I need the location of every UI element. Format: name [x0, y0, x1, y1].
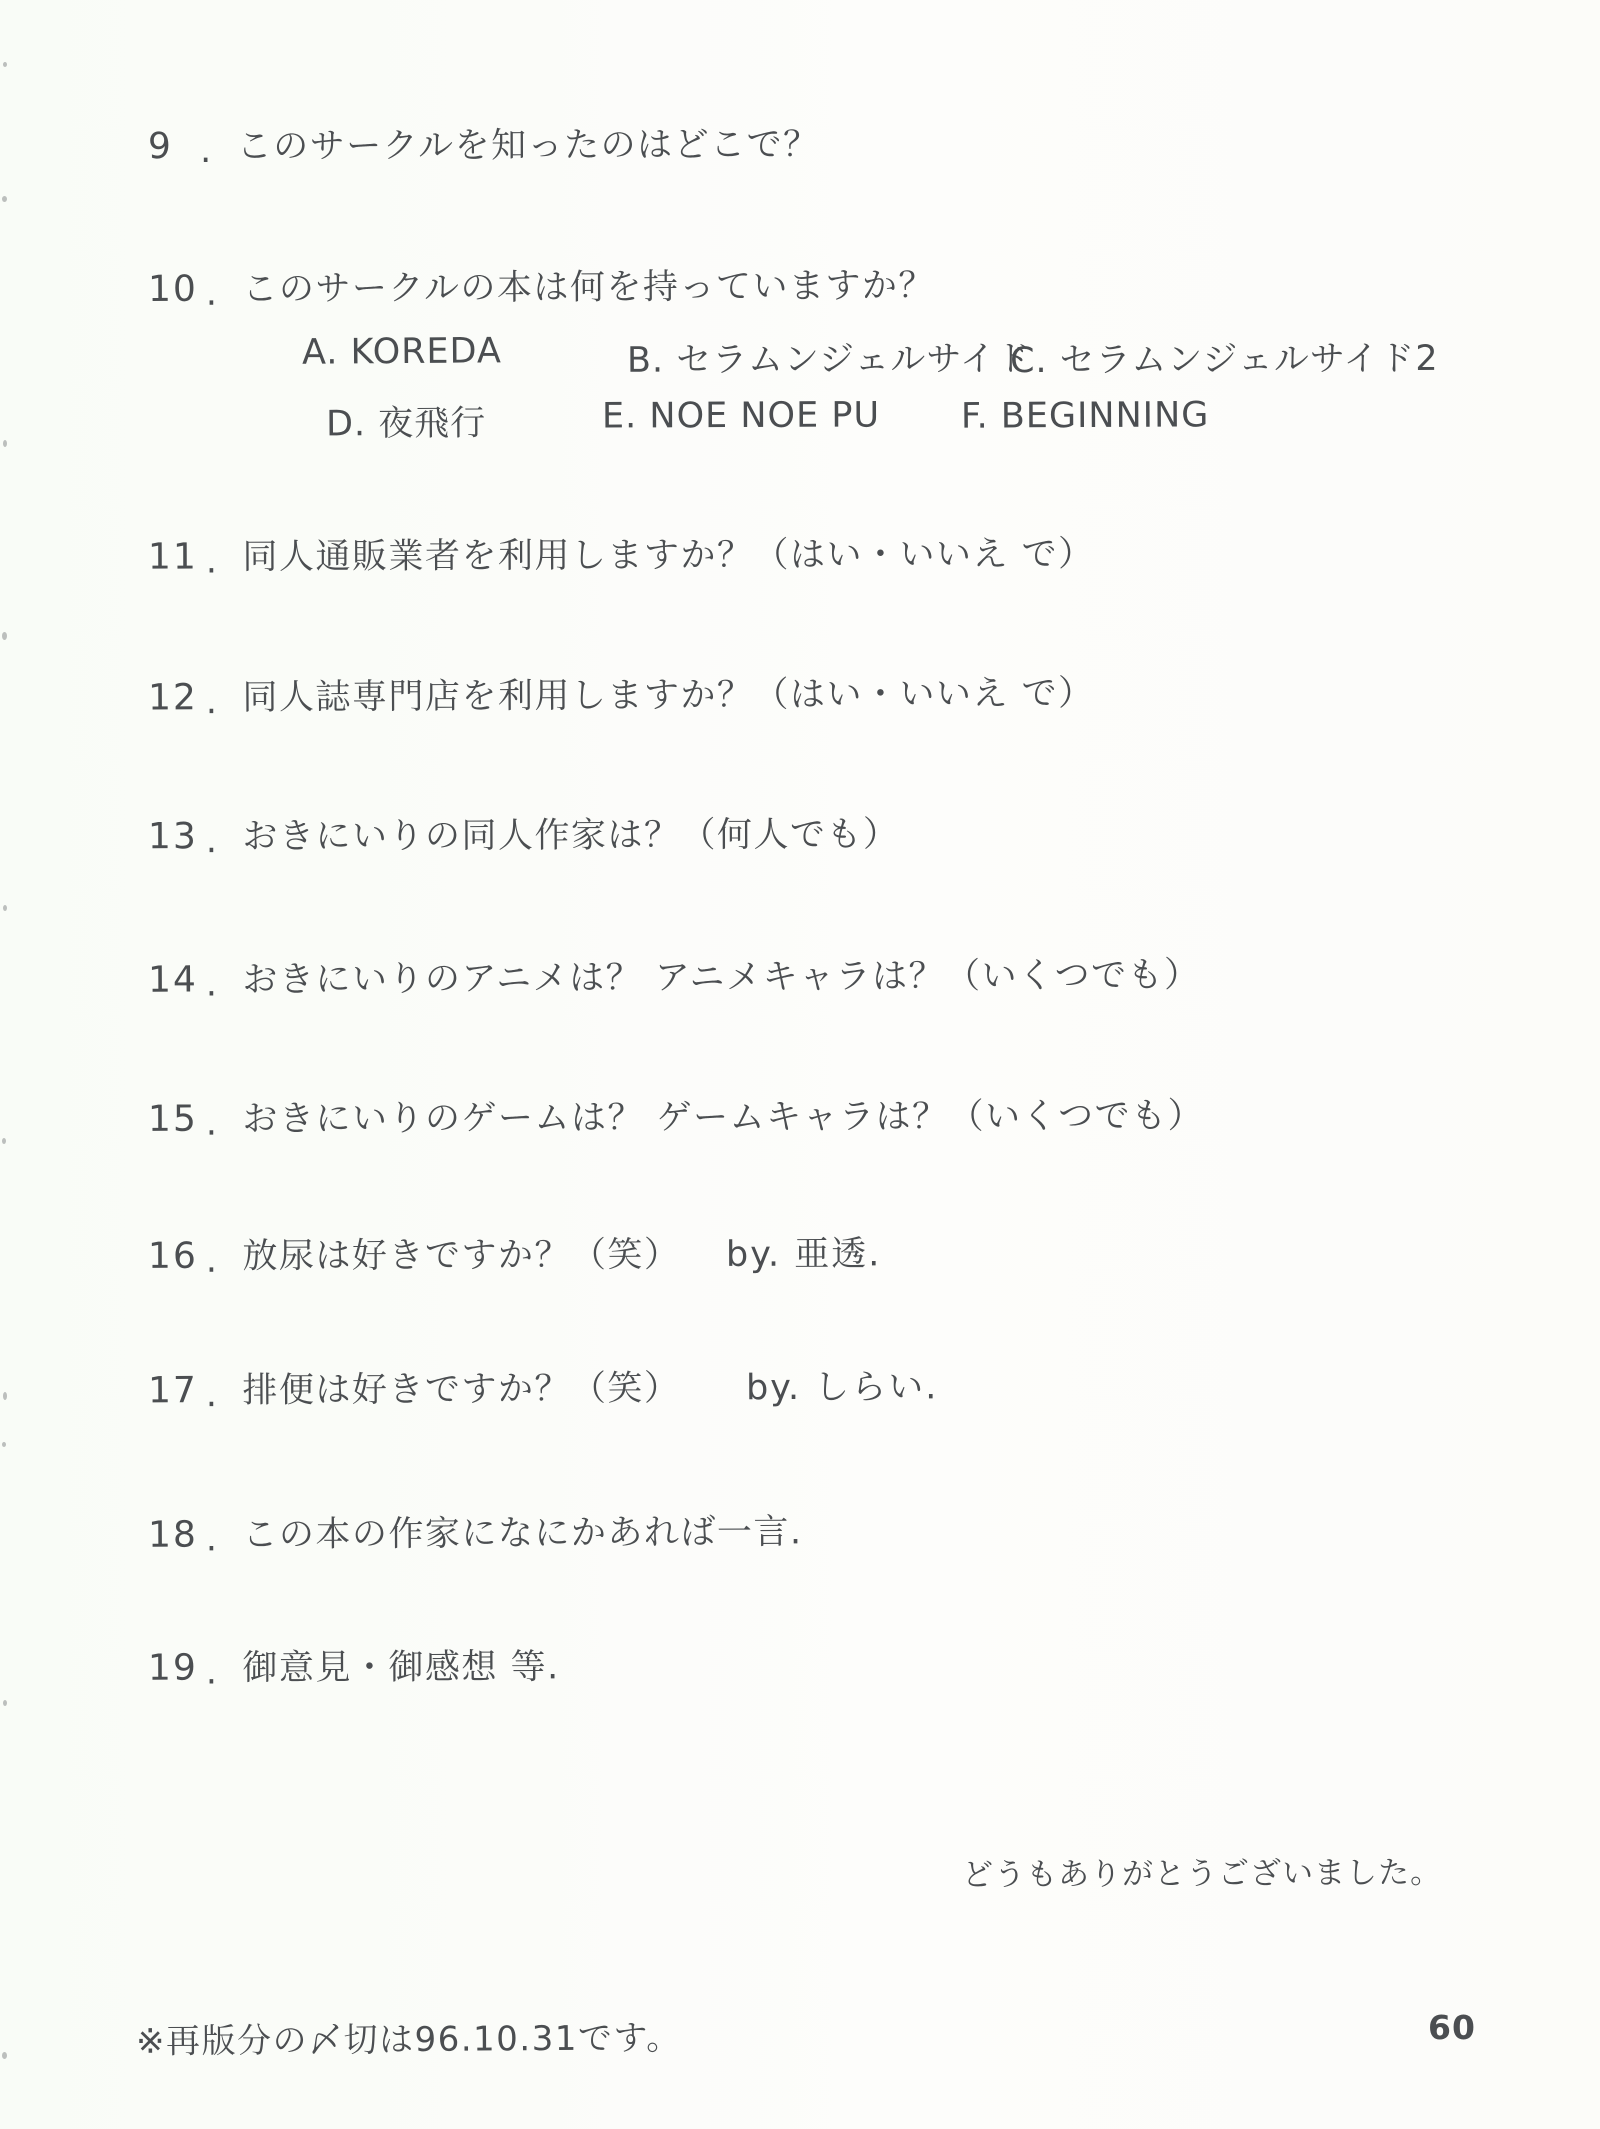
question-dot: . — [206, 821, 219, 861]
scan-speck — [2, 1442, 6, 1447]
question-number: 12 — [148, 677, 198, 718]
question-10: 10.このサークルの本は何を持っていますか？ — [148, 258, 935, 312]
question-text: 御意見・御感想 等. — [242, 1647, 559, 1688]
question-number: 15 — [148, 1099, 198, 1140]
scan-speck — [3, 62, 7, 67]
scanned-questionnaire-page: 9.このサークルを知ったのはどこで？ 10.このサークルの本は何を持っていますか… — [0, 0, 1600, 2129]
question-dot: . — [206, 541, 219, 581]
option-f: F. BEGINNING — [961, 395, 1210, 436]
question-number: 18 — [148, 1514, 198, 1555]
question-number: 14 — [148, 959, 198, 1000]
question-text: おきにいりのゲームは？ ゲームキャラは？（いくつでも） — [242, 1096, 1204, 1139]
by-credit: by. 亜透. — [726, 1226, 882, 1277]
question-dot: . — [206, 682, 219, 722]
question-text: 放尿は好きですか？（笑） — [242, 1235, 680, 1277]
question-dot: . — [200, 131, 213, 171]
option-b: B. セラムンジェルサイド — [627, 331, 1032, 382]
scan-speck — [3, 905, 7, 911]
question-text: 同人通販業者を利用しますか？（はい・いいえ で） — [242, 534, 1094, 577]
question-text: このサークルを知ったのはどこで？ — [237, 125, 820, 167]
question-dot: . — [206, 1652, 219, 1692]
question-text: おきにいりの同人作家は？（何人でも） — [242, 815, 899, 857]
thanks-note: どうもありがとうございました。 — [962, 1847, 1442, 1895]
scan-speck — [2, 632, 7, 640]
question-17: 17.排便は好きですか？（笑） by. しらい. — [148, 1361, 681, 1414]
question-16: 16.放尿は好きですか？（笑） by. 亜透. — [148, 1227, 681, 1279]
question-15: 15.おきにいりのゲームは？ ゲームキャラは？（いくつでも） — [148, 1088, 1204, 1142]
question-number: 16 — [148, 1236, 198, 1277]
question-text: おきにいりのアニメは？ アニメキャラは？（いくつでも） — [242, 955, 1200, 1000]
question-14: 14.おきにいりのアニメは？ アニメキャラは？（いくつでも） — [148, 947, 1201, 1003]
question-dot: . — [206, 1104, 219, 1144]
question-9: 9.このサークルを知ったのはどこで？ — [148, 117, 820, 169]
question-text: この本の作家になにかあれば一言. — [242, 1512, 802, 1555]
question-number: 17 — [148, 1370, 198, 1411]
question-number: 13 — [148, 816, 198, 857]
question-dot: . — [206, 1519, 219, 1559]
option-a: A. KOREDA — [302, 331, 502, 372]
page-number: 60 — [1428, 2008, 1476, 2047]
option-e: E. NOE NOE PU — [602, 396, 880, 437]
question-dot: . — [206, 274, 219, 314]
question-19: 19.御意見・御感想 等. — [148, 1639, 560, 1690]
question-text: 排便は好きですか？（笑） — [242, 1369, 680, 1411]
question-number: 19 — [148, 1648, 198, 1689]
question-number: 10 — [148, 269, 198, 310]
option-c: C. セラムンジェルサイド2 — [1010, 331, 1439, 383]
question-18: 18.この本の作家になにかあれば一言. — [148, 1504, 803, 1557]
question-11: 11.同人通販業者を利用しますか？（はい・いいえ で） — [148, 526, 1095, 579]
scan-speck — [2, 2052, 7, 2059]
question-number: 9 — [148, 126, 192, 167]
scan-speck — [3, 1392, 7, 1400]
scan-speck — [2, 196, 7, 202]
deadline-note: ※再版分の〆切は96.10.31です。 — [136, 2010, 682, 2063]
question-dot: . — [206, 964, 219, 1004]
scan-speck — [3, 1700, 7, 1706]
question-dot: . — [206, 1241, 219, 1281]
question-number: 11 — [148, 536, 198, 577]
question-12: 12.同人誌専門店を利用しますか？（はい・いいえ で） — [148, 666, 1095, 721]
question-dot: . — [206, 1375, 219, 1415]
scan-speck — [3, 440, 7, 447]
by-credit: by. しらい. — [746, 1359, 939, 1410]
question-text: 同人誌専門店を利用しますか？（はい・いいえ で） — [242, 674, 1094, 718]
scan-speck — [2, 1138, 6, 1144]
question-13: 13.おきにいりの同人作家は？（何人でも） — [148, 807, 900, 860]
question-text: このサークルの本は何を持っていますか？ — [242, 266, 935, 310]
option-d: D. 夜飛行 — [326, 396, 486, 447]
